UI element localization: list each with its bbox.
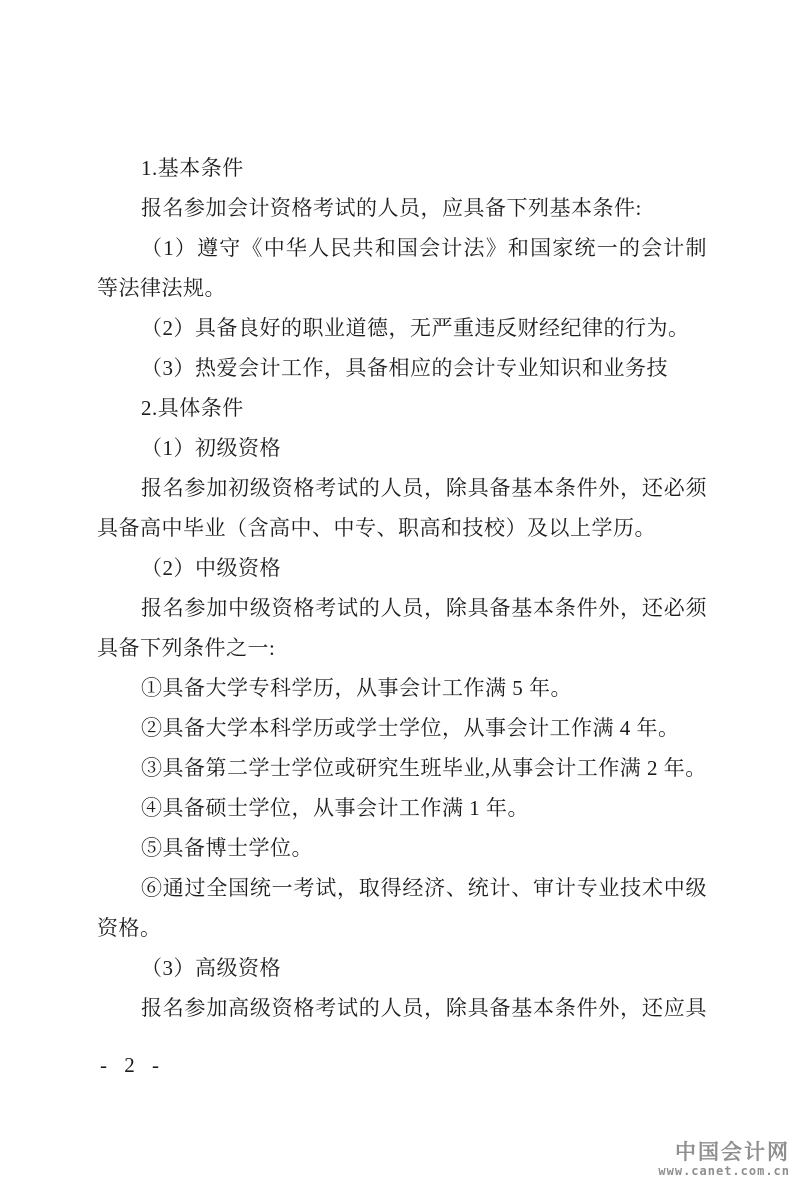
document-body: 1.基本条件 报名参加会计资格考试的人员，应具备下列基本条件: （1）遵守《中华… bbox=[97, 148, 707, 1028]
doc-line: ①具备大学专科学历，从事会计工作满 5 年。 bbox=[97, 668, 707, 708]
doc-line: 1.基本条件 bbox=[97, 148, 707, 188]
doc-line: ②具备大学本科学历或学士学位，从事会计工作满 4 年。 bbox=[97, 708, 707, 748]
doc-line: 报名参加高级资格考试的人员，除具备基本条件外，还应具 bbox=[97, 988, 707, 1028]
doc-line: ⑤具备博士学位。 bbox=[97, 828, 707, 868]
doc-line: 具备高中毕业（含高中、中专、职高和技校）及以上学历。 bbox=[97, 508, 707, 548]
doc-line: （1）初级资格 bbox=[97, 428, 707, 468]
doc-line: 2.具体条件 bbox=[97, 388, 707, 428]
watermark-site-name: 中国会计网 bbox=[658, 1140, 790, 1164]
page-number: - 2 - bbox=[100, 1048, 165, 1082]
doc-line: 资格。 bbox=[97, 908, 707, 948]
doc-line: 报名参加中级资格考试的人员，除具备基本条件外，还必须 bbox=[97, 588, 707, 628]
doc-line: ④具备硕士学位，从事会计工作满 1 年。 bbox=[97, 788, 707, 828]
doc-line: （1）遵守《中华人民共和国会计法》和国家统一的会计制度 bbox=[97, 228, 707, 268]
watermark-site-url: www.canet.com.cn bbox=[658, 1164, 790, 1178]
doc-line: （2）具备良好的职业道德，无严重违反财经纪律的行为。 bbox=[97, 308, 707, 348]
doc-line: 报名参加会计资格考试的人员，应具备下列基本条件: bbox=[97, 188, 707, 228]
watermark: 中国会计网 www.canet.com.cn bbox=[658, 1140, 790, 1178]
doc-line: （3）热爱会计工作，具备相应的会计专业知识和业务技能。 bbox=[97, 348, 707, 388]
doc-line: 报名参加初级资格考试的人员，除具备基本条件外，还必须 bbox=[97, 468, 707, 508]
doc-line: 等法律法规。 bbox=[97, 268, 707, 308]
document-page: 1.基本条件 报名参加会计资格考试的人员，应具备下列基本条件: （1）遵守《中华… bbox=[0, 0, 800, 1184]
doc-line: ⑥通过全国统一考试，取得经济、统计、审计专业技术中级 bbox=[97, 868, 707, 908]
doc-line: （3）高级资格 bbox=[97, 948, 707, 988]
doc-line: ③具备第二学士学位或研究生班毕业,从事会计工作满 2 年。 bbox=[97, 748, 707, 788]
doc-line: （2）中级资格 bbox=[97, 548, 707, 588]
doc-line: 具备下列条件之一: bbox=[97, 628, 707, 668]
